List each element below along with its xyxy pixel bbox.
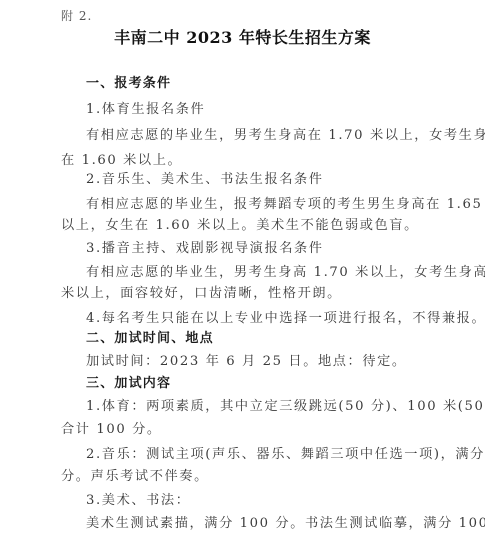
subheading-1-3: 3.播音主持、戏剧影视导演报名条件 — [86, 241, 324, 257]
paragraph-line: 2.音乐：测试主项(声乐、器乐、舞蹈三项中任选一项)，满分 100 — [86, 447, 485, 463]
paragraph-line: 有相应志愿的毕业生，报考舞蹈专项的考生男生身高在 1.65 米 — [86, 197, 485, 213]
subheading-1-1: 1.体育生报名条件 — [86, 102, 205, 118]
subheading-3-3: 3.美术、书法： — [86, 493, 191, 509]
paragraph-line: 美术生测试素描，满分 100 分。书法生测试临摹，满分 100 分。 — [86, 516, 485, 532]
paragraph-line: 加试时间：2023 年 6 月 25 日。地点：待定。 — [86, 354, 407, 370]
paragraph-line: 合计 100 分。 — [61, 422, 162, 438]
subheading-1-4: 4.每名考生只能在以上专业中选择一项进行报名，不得兼报。 — [86, 311, 485, 327]
section-heading-3: 三、加试内容 — [86, 376, 171, 392]
paragraph-line: 1.体育：两项素质，其中立定三级跳远(50 分)、100 米(50 分)， — [86, 399, 485, 415]
paragraph-line: 有相应志愿的毕业生，男考生身高 1.70 米以上，女考生身高 1.60 — [86, 265, 485, 281]
paragraph-line: 以上，女生在 1.60 米以上。美术生不能色弱或色盲。 — [61, 218, 419, 234]
paragraph-line: 分。声乐考试不伴奏。 — [61, 469, 209, 485]
section-heading-1: 一、报考条件 — [86, 76, 171, 92]
paragraph-line: 米以上，面容较好，口齿清晰，性格开朗。 — [61, 286, 342, 302]
section-heading-2: 二、加试时间、地点 — [86, 331, 214, 347]
document-page: 附 2. 丰南二中 2023 年特长生招生方案 一、报考条件 1.体育生报名条件… — [0, 0, 485, 544]
annex-label: 附 2. — [61, 8, 92, 24]
document-title: 丰南二中 2023 年特长生招生方案 — [0, 30, 485, 46]
subheading-1-2: 2.音乐生、美术生、书法生报名条件 — [86, 172, 324, 188]
paragraph-line: 在 1.60 米以上。 — [61, 153, 182, 169]
paragraph-line: 有相应志愿的毕业生，男考生身高在 1.70 米以上，女考生身高 — [86, 128, 485, 144]
